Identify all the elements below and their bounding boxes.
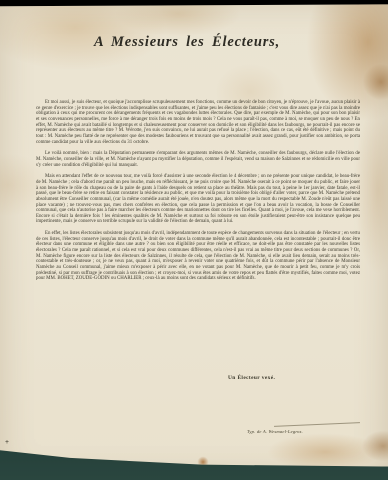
signature: Un Électeur vexé. [228, 375, 275, 381]
body-text: Et moi aussi, je suis électeur, et quoiq… [36, 100, 360, 288]
pamphlet-page: A Messieurs les Électeurs, Et moi aussi,… [0, 0, 388, 480]
paragraph-4: En effet, les listes électorales subsist… [36, 231, 360, 282]
scan-background: A Messieurs les Électeurs, Et moi aussi,… [0, 0, 388, 480]
page-title: A Messieurs les Électeurs, [0, 34, 374, 51]
printer-imprint: Typ. de A. Wesmael-Legros. [247, 429, 303, 434]
corner-mark: + [5, 438, 9, 446]
paragraph-1: Et moi aussi, je suis électeur, et quoiq… [36, 100, 360, 145]
paragraph-2: Le voilà nommé, bien : mais la Députatio… [36, 151, 360, 168]
paper-crease [274, 422, 360, 427]
paragraph-3: Mais en attendant l'effet de ce nouveau … [36, 174, 360, 225]
